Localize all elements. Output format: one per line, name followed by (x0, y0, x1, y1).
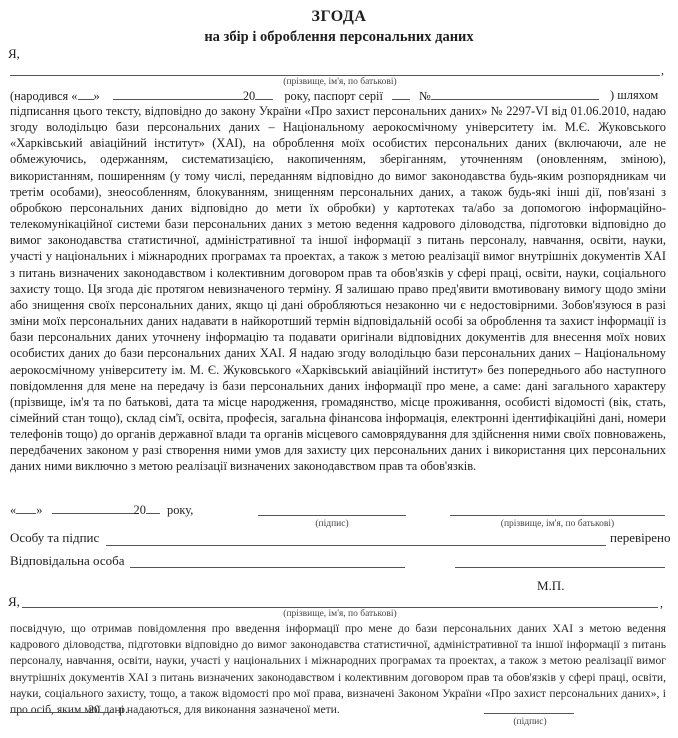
passport-number-sign: № (419, 89, 431, 103)
second-comma: , (660, 596, 663, 611)
responsible-signature-field[interactable] (130, 567, 405, 568)
birth-line: (народився «» 20 року, паспорт серії № (10, 88, 599, 104)
second-full-name-field[interactable] (22, 607, 658, 608)
verified-suffix: перевірено (610, 530, 670, 546)
second-opening-word: Я, (8, 594, 20, 610)
date-year-prefix: 20 (134, 503, 146, 517)
final-date-field[interactable] (10, 701, 88, 713)
final-signature-field[interactable] (484, 713, 574, 714)
stamp-label: М.П. (537, 578, 564, 594)
responsible-label: Відповідальна особа (10, 553, 124, 569)
consent-year-field[interactable] (146, 502, 160, 514)
birth-day-field[interactable] (78, 88, 94, 100)
consent-month-field[interactable] (52, 502, 134, 514)
consent-paragraph: підписання цього тексту, відповідно до з… (10, 103, 666, 475)
birth-line-closing: ) шляхом (610, 88, 658, 103)
signature-field[interactable] (258, 515, 406, 516)
comma: , (661, 63, 664, 78)
signatory-name-field[interactable] (450, 515, 665, 516)
final-year-prefix: 20 (88, 702, 100, 716)
final-date-line: 20 р. (10, 701, 128, 717)
document-subtitle: на збір і оброблення персональних даних (0, 29, 678, 46)
final-signature-caption: (підпис) (485, 717, 575, 727)
verified-field[interactable] (106, 545, 606, 546)
verified-label: Особу та підпис (10, 530, 99, 546)
final-year-field[interactable] (100, 701, 114, 713)
consent-form-page: ЗГОДА на збір і оброблення персональних … (0, 0, 678, 738)
birth-year-field[interactable] (255, 88, 273, 100)
final-year-suffix: р. (119, 702, 128, 716)
birth-month-field[interactable] (113, 88, 243, 100)
birth-year-suffix: року, паспорт серії (284, 89, 383, 103)
document-title: ЗГОДА (0, 8, 678, 26)
date-year-suffix: року, (167, 503, 193, 517)
full-name-field[interactable] (10, 75, 660, 76)
responsible-name-field[interactable] (455, 567, 665, 568)
signature-caption: (підпис) (282, 519, 382, 529)
second-name-caption: (прізвище, ім'я, по батькові) (250, 609, 430, 619)
passport-number-field[interactable] (431, 88, 599, 100)
signatory-caption: (прізвище, ім'я, по батькові) (470, 519, 645, 529)
birth-quote-close: » (94, 89, 100, 103)
name-caption: (прізвище, ім'я, по батькові) (250, 77, 430, 87)
birth-prefix: (народився « (10, 89, 78, 103)
opening-word: Я, (8, 46, 20, 62)
passport-series-field[interactable] (392, 88, 410, 100)
birth-year-prefix: 20 (243, 89, 255, 103)
consent-date-line: «» 20 року, (10, 502, 193, 518)
consent-day-field[interactable] (16, 502, 36, 514)
date-quote-close: » (36, 503, 42, 517)
